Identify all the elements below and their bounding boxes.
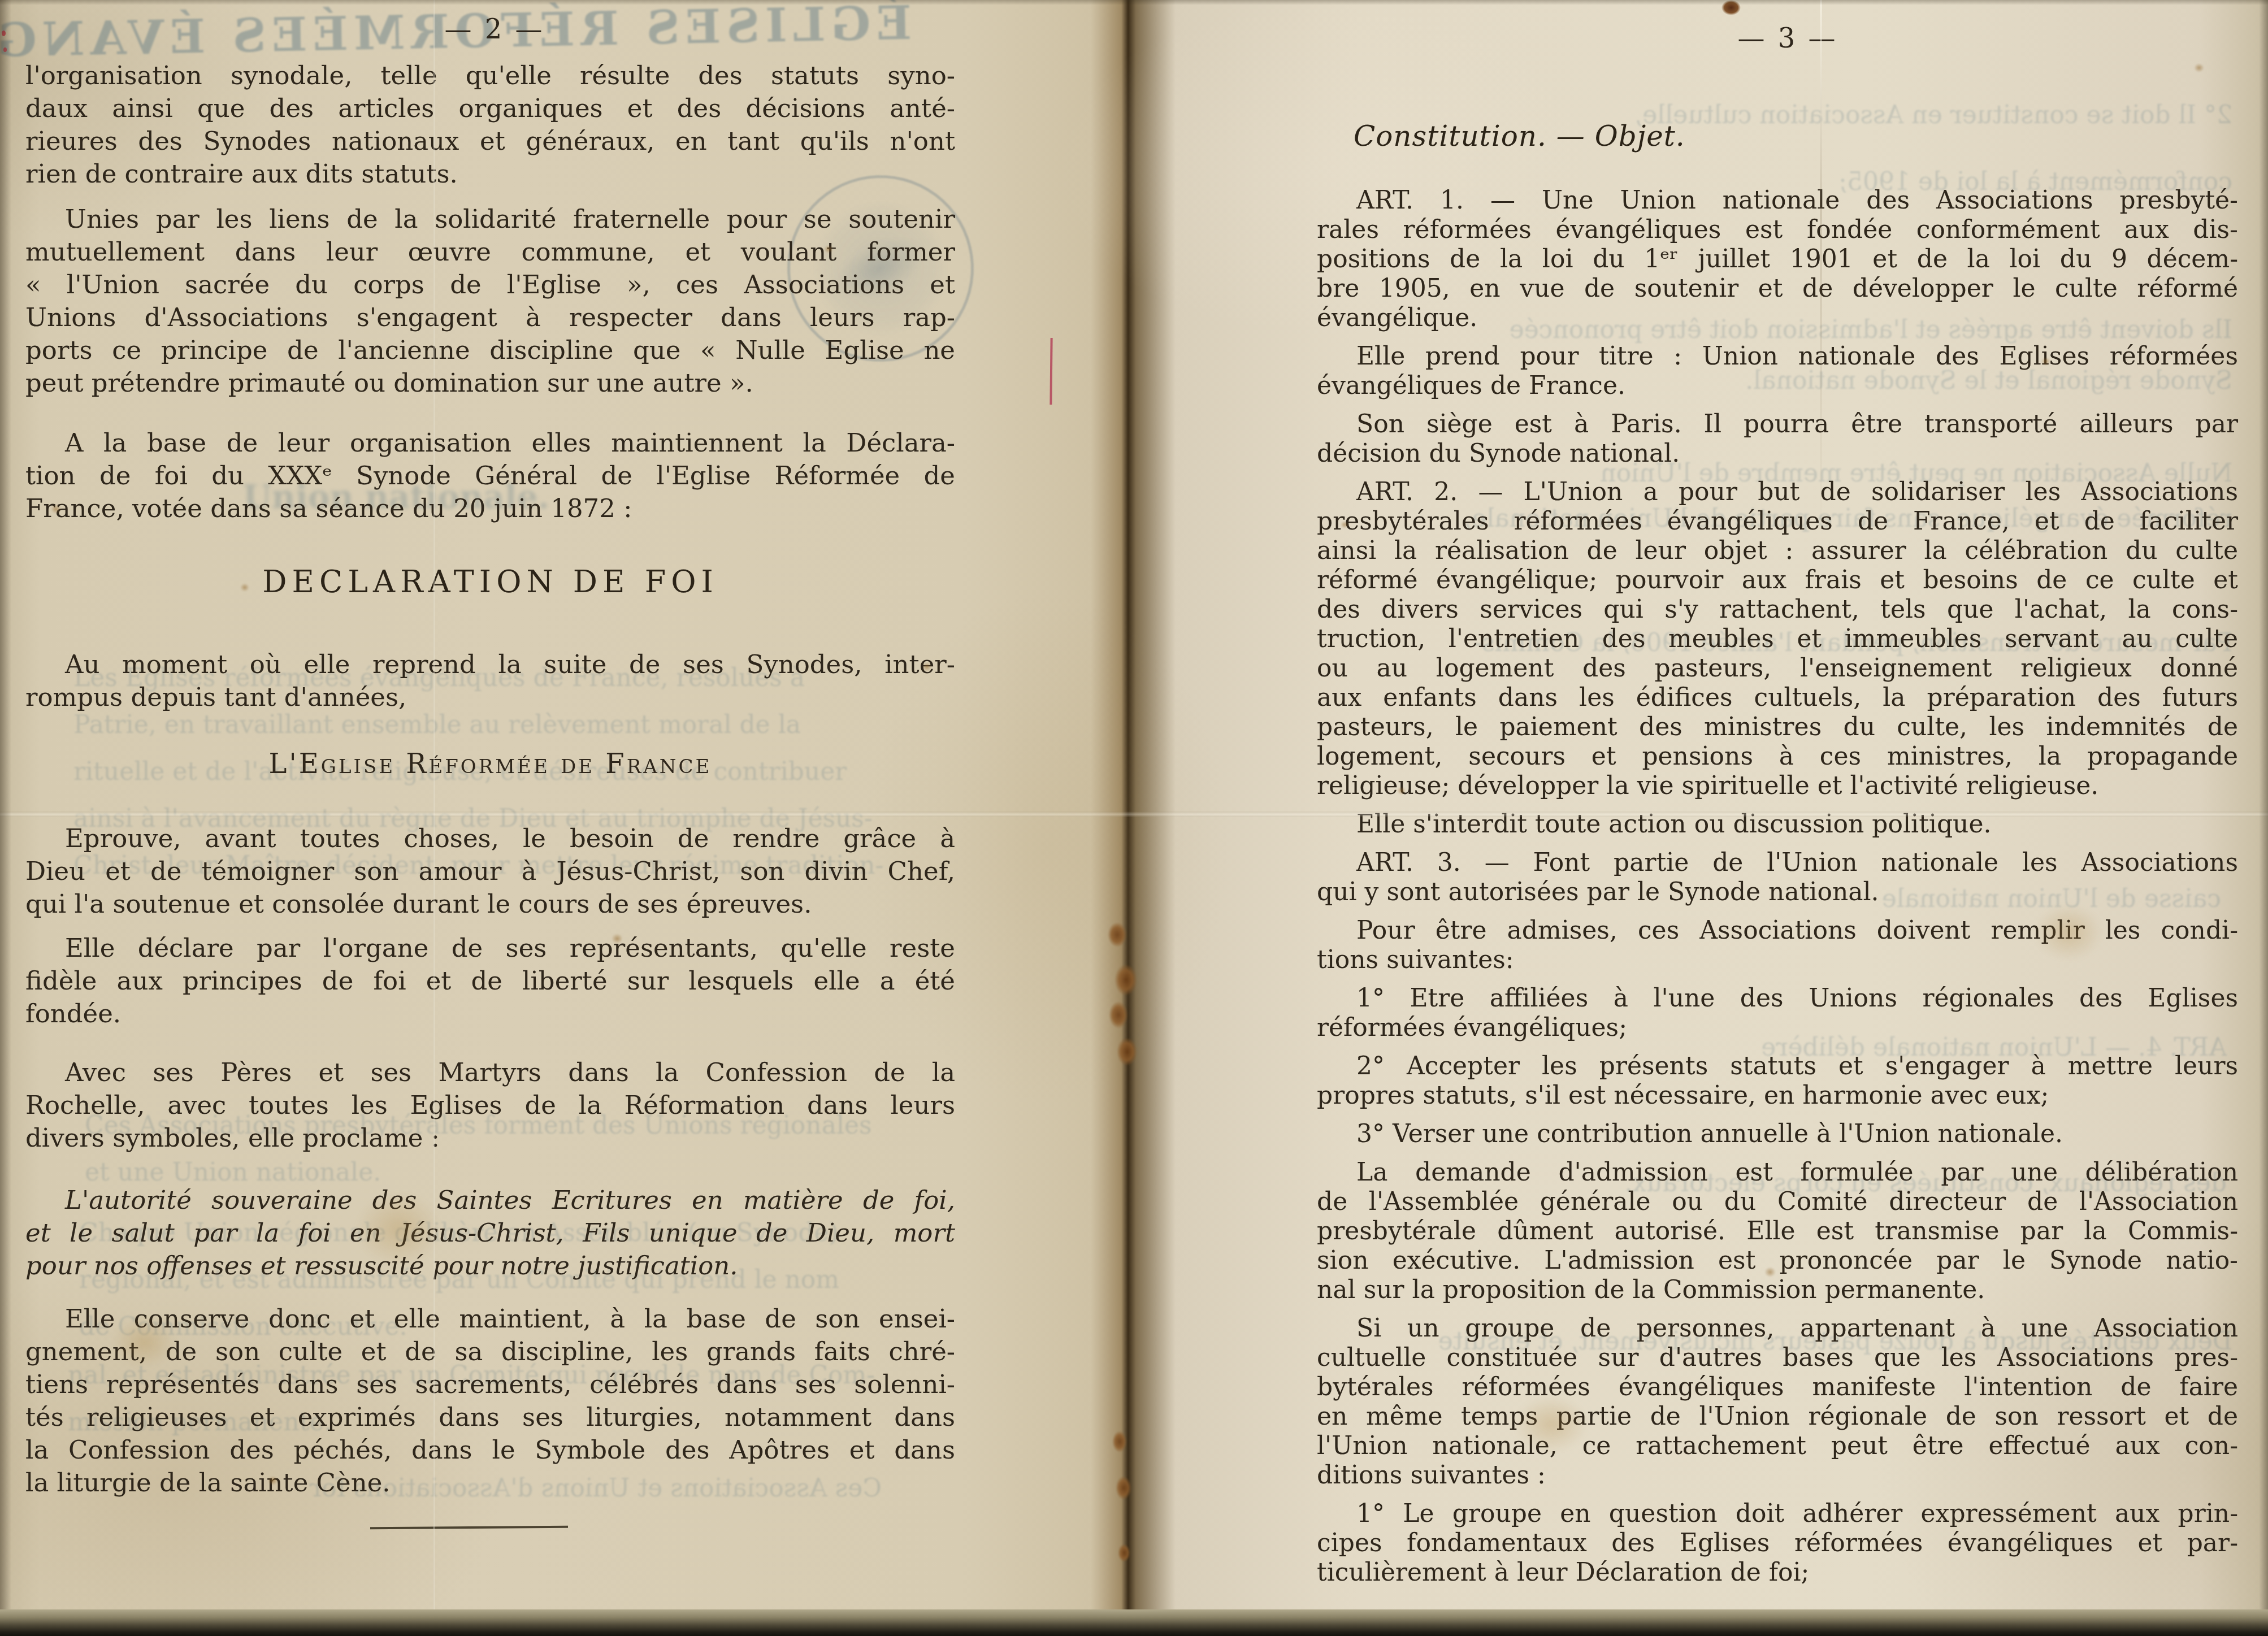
page-edge-left <box>0 0 11 1636</box>
page-edge-top <box>0 0 2268 5</box>
paragraph-article-2: ART. 2. — L'Union a pour but de solidari… <box>1317 478 2238 801</box>
section-heading-declaration: DECLARATION DE FOI <box>25 566 955 598</box>
paragraph: Son siège est à Paris. Il pourra être tr… <box>1317 410 2238 468</box>
paragraph: A la base de leur organisation elles mai… <box>25 427 955 525</box>
paragraph: Elle prend pour titre : Union nationale … <box>1317 342 2238 401</box>
paragraph: Elle déclare par l'organe de ses représe… <box>25 932 955 1030</box>
left-page-text-column: l'organisation synodale, telle qu'elle r… <box>25 59 955 1529</box>
paragraph: La demande d'admission est formulée par … <box>1317 1158 2238 1305</box>
paragraph-condition-2: 2° Accepter les présents statuts et s'en… <box>1317 1052 2238 1110</box>
section-subheading-eglise: L'Eglise Réformée de France <box>25 748 955 780</box>
paragraph: Eprouve, avant toutes choses, le besoin … <box>25 822 955 921</box>
page-edge-right <box>2259 0 2268 1636</box>
paragraph-group-condition-1: 1° Le groupe en question doit adhérer ex… <box>1317 1499 2238 1587</box>
paragraph-condition-1: 1° Etre affiliées à l'une des Unions rég… <box>1317 984 2238 1043</box>
paragraph: l'organisation synodale, telle qu'elle r… <box>25 59 955 190</box>
paragraph: Au moment où elle reprend la suite de se… <box>25 648 955 714</box>
page-number-left: — 2 — <box>421 14 568 45</box>
paragraph-condition-3: 3° Verser une contribution annuelle à l'… <box>1317 1119 2238 1149</box>
vertical-crease-left-page <box>433 0 435 1609</box>
paragraph-article-1: ART. 1. — Une Union nationale des Associ… <box>1317 186 2238 333</box>
horizontal-fold-crease <box>0 812 2268 817</box>
vertical-crease-right-page <box>1820 0 1822 537</box>
paragraph: Unies par les liens de la solidarité fra… <box>25 203 955 400</box>
paragraph: Pour être admises, ces Associations doiv… <box>1317 916 2238 975</box>
section-heading-constitution: Constitution. — Objet. <box>1317 121 2238 151</box>
page-number-right: — 3 — <box>1714 23 1861 54</box>
corner-shadow <box>0 1447 237 1616</box>
paragraph: Avec ses Pères et ses Martyrs dans la Co… <box>25 1056 955 1155</box>
paragraph-italic-credo: L'autorité souveraine des Saintes Ecritu… <box>25 1184 955 1282</box>
paragraph: Si un groupe de personnes, appartenant à… <box>1317 1314 2238 1490</box>
paragraph-article-3: ART. 3. — Font partie de l'Union nationa… <box>1317 848 2238 907</box>
booklet-bottom-edge <box>0 1609 2268 1636</box>
scanned-booklet-spread: { "colors": { "paper_left": "#d8cdb3", "… <box>0 0 2268 1636</box>
right-page-text-column: Constitution. — Objet. ART. 1. — Une Uni… <box>1317 121 2238 1587</box>
